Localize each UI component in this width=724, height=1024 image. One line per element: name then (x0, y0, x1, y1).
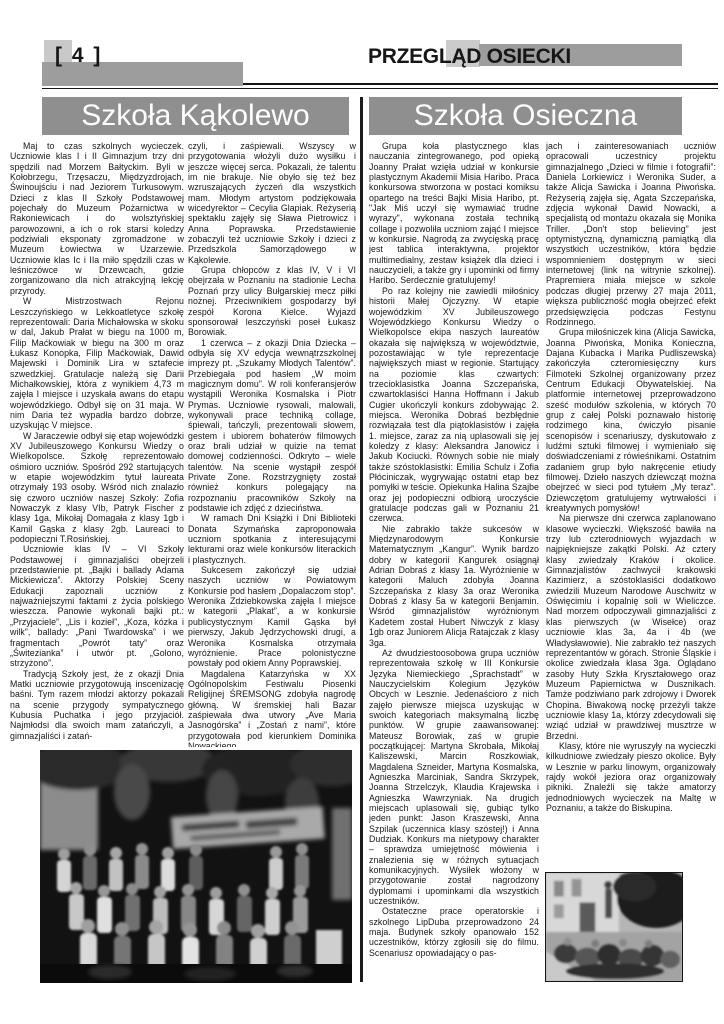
article-paragraph: Grupa koła plastycznego klas nauczania z… (369, 141, 539, 286)
article-paragraph: Sukcesem zakończył się udział naszych uc… (188, 565, 356, 668)
article-paragraph: W ramach Dni Książki i Dni Biblioteki Do… (188, 513, 356, 565)
article-paragraph: 1 czerwca – z okazji Dnia Dziecka – odby… (188, 338, 356, 514)
article-paragraph: Grupa miłośniczek kina (Alicja Sawicka, … (546, 327, 716, 513)
photo-image (546, 873, 682, 981)
article-paragraph: jach i zainteresowaniach uczniów opracow… (546, 141, 716, 327)
section-title-szkola-kakolewo: Szkoła Kąkolewo (42, 97, 349, 135)
article-paragraph: Po raz kolejny nie zawiedli miłośnicy hi… (369, 286, 539, 524)
photo-osieczna-trip-group (545, 872, 683, 982)
article-paragraph: Tradycją Szkoły jest, że z okazji Dnia M… (10, 669, 184, 741)
section-title-szkola-osieczna: Szkoła Osieczna (369, 97, 682, 135)
article-paragraph: Maj to czas szkolnych wycieczek. Uczniow… (10, 141, 184, 296)
article-paragraph: czyli, i zaśpiewali. Wszyscy w przygotow… (188, 141, 356, 265)
article-paragraph: Aż dwudziestoosobowa grupa uczniów repre… (369, 648, 539, 907)
page-number: [ 4 ] (55, 44, 102, 68)
kakolewo-column-1: Maj to czas szkolnych wycieczek. Uczniow… (10, 141, 184, 747)
article-paragraph: Ostateczne prace operatorskie i szkolneg… (369, 906, 539, 958)
article-paragraph: Grupa chłopców z klas IV, V i VI obejrza… (188, 265, 356, 337)
article-paragraph: W Jaraczewie odbył się etap wojewódzki X… (10, 431, 184, 545)
newspaper-title: PRZEGLĄD OSIECKI (368, 45, 571, 69)
article-paragraph: Klasy, które nie wyruszyły na wycieczki … (546, 741, 716, 813)
article-paragraph: Nie zabrakło także sukcesów w Międzynaro… (369, 524, 539, 648)
osieczna-column-2: jach i zainteresowaniach uczniów opracow… (546, 141, 716, 867)
section-divider-rule (360, 97, 363, 982)
article-paragraph: W Mistrzostwach Rejonu Leszczyńskiego w … (10, 296, 184, 430)
newspaper-page: [ 4 ] PRZEGLĄD OSIECKI Szkoła Kąkolewo S… (0, 0, 724, 1024)
article-paragraph: Na pierwsze dni czerwca zaplanowano klas… (546, 513, 716, 741)
osieczna-column-1: Grupa koła plastycznego klas nauczania z… (369, 141, 539, 979)
photo-image (40, 750, 352, 983)
article-paragraph: Magdalena Katarzyńska w XX Ogólnopolskim… (188, 669, 356, 747)
kakolewo-column-2: czyli, i zaśpiewali. Wszyscy w przygotow… (188, 141, 356, 747)
article-paragraph: Uczniowie klas IV – VI Szkoły Podstawowe… (10, 544, 184, 668)
photo-kakolewo-children-stage (40, 750, 352, 983)
